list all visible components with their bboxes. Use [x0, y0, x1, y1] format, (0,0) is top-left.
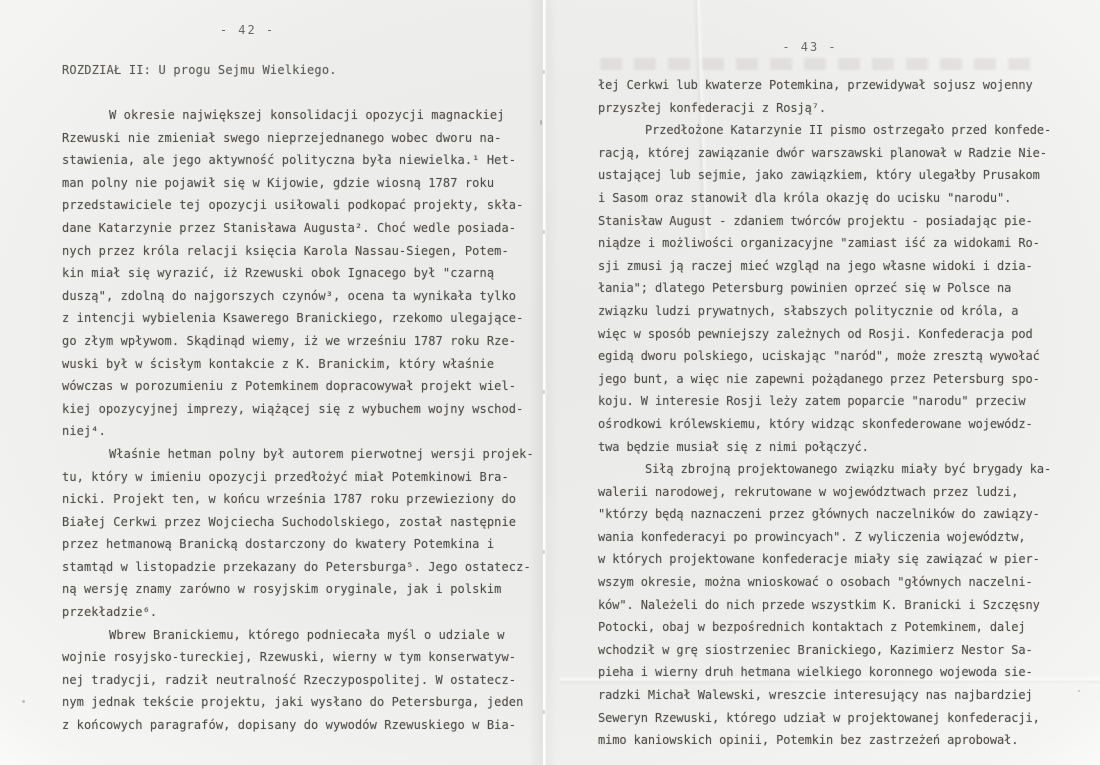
text-line: i Sasom oraz stanowił dla króla okazję d… — [598, 187, 1050, 210]
text-line: "którzy będą naznaczeni przez głównych n… — [598, 503, 1050, 526]
text-line: radzki Michał Walewski, wreszcie interes… — [598, 684, 1050, 707]
text-line: racją, której zawiązanie dwór warszawski… — [598, 142, 1050, 165]
text-line: kiej opozycyjnej imprezy, wiążącej się z… — [62, 398, 505, 421]
text-line: przedstawiciele tej opozycji usiłowali p… — [62, 194, 505, 217]
text-line: jego bunt, a więc nie zapewni pożądanego… — [598, 368, 1050, 391]
text-line: kin miał się wyrazić, iż Rzewuski obok I… — [62, 262, 505, 285]
text-line: wówczas w porozumieniu z Potemkinem dopr… — [62, 375, 505, 398]
text-line: ną wersję znamy zarówno w rosyjskim oryg… — [62, 578, 505, 601]
scanned-document-spread: - 42 - ROZDZIAŁ II: U progu Sejmu Wielki… — [0, 0, 1100, 765]
text-line: ośrodkowi królewskiemu, który widząc sko… — [598, 413, 1050, 436]
text-line: nicki. Projekt ten, w końcu września 178… — [62, 488, 505, 511]
text-line: tu, który w imieniu opozycji przedłożyć … — [62, 466, 505, 489]
text-line: Seweryn Rzewuski, którego udział w proje… — [598, 707, 1050, 730]
text-line: Stanisław August - zdaniem twórców proje… — [598, 210, 1050, 233]
text-line: dane Katarzynie przez Stanisława Augusta… — [62, 217, 505, 240]
text-line: wszym okresie, można wnioskować o osobac… — [598, 571, 1050, 594]
text-line: przekładzie⁶. — [62, 601, 505, 624]
text-line: koju. W interesie Rosji leży zatem popar… — [598, 390, 1050, 413]
text-line: wuski był w ścisłym kontakcie z K. Brani… — [62, 353, 505, 376]
text-line: Właśnie hetman polny był autorem pierwot… — [62, 443, 505, 466]
text-line: ków". Należeli do nich przede wszystkim … — [598, 594, 1050, 617]
text-line: przyszłej konfederacji z Rosją⁷. — [598, 97, 1050, 120]
text-line: twa będzie musiał się z nimi połączyć. — [598, 436, 1050, 459]
text-line: łania"; dlatego Petersburg powinien oprz… — [598, 277, 1050, 300]
text-line: stamtąd w listopadzie przekazany do Pete… — [62, 556, 505, 579]
text-line: nych przez króla relacji księcia Karola … — [62, 240, 505, 263]
text-line: wania konfederacyi po prowincyach". Z wy… — [598, 526, 1050, 549]
text-line: nej tradycji, radził neutralność Rzeczyp… — [62, 669, 505, 692]
page-number: - 42 - — [26, 23, 469, 37]
chapter-heading: ROZDZIAŁ II: U progu Sejmu Wielkiego. — [62, 63, 337, 77]
text-line: man polny nie pojawił się w Kijowie, gdz… — [62, 172, 505, 195]
text-line: niej⁴. — [62, 420, 505, 443]
text-line: z końcowych paragrafów, dopisany do wywo… — [62, 714, 505, 737]
text-line: sji zmusi ją raczej mieć wzgląd na jego … — [598, 255, 1050, 278]
text-line: Białej Cerkwi przez Wojciecha Suchodolsk… — [62, 511, 505, 534]
text-line: walerii narodowej, rekrutowane w wojewód… — [598, 481, 1050, 504]
text-line: wchodził w grę siostrzeniec Branickiego,… — [598, 639, 1050, 662]
text-line: łej Cerkwi lub kwaterze Potemkina, przew… — [598, 74, 1050, 97]
text-line: Wbrew Branickiemu, którego podniecała my… — [62, 624, 505, 647]
scan-speck — [22, 700, 25, 703]
text-line: w których projektowane konfederacje miał… — [598, 548, 1050, 571]
text-line: stawienia, ale jego aktywność polityczna… — [62, 149, 505, 172]
page-42: - 42 - ROZDZIAŁ II: U progu Sejmu Wielki… — [62, 0, 505, 765]
text-line: niądze i możliwości organizacyjne "zamia… — [598, 232, 1050, 255]
text-line: mimo kaniowskich opinii, Potemkin bez za… — [598, 729, 1050, 752]
center-fold-crease — [528, 0, 558, 765]
text-line: W okresie największej konsolidacji opozy… — [62, 104, 505, 127]
page-number: - 43 - — [584, 40, 1036, 54]
text-line: Potocki, obaj w bezpośrednich kontaktach… — [598, 616, 1050, 639]
scan-speck — [540, 120, 542, 125]
text-line: duszą", zdolną do najgorszych czynów³, o… — [62, 285, 505, 308]
text-line: pieha i wierny druh hetmana wielkiego ko… — [598, 661, 1050, 684]
page-42-body-text: W okresie największej konsolidacji opozy… — [62, 104, 505, 737]
text-line: związku ludzi prywatnych, słabszych poli… — [598, 300, 1050, 323]
text-line: Siłą zbrojną projektowanego związku miał… — [598, 458, 1050, 481]
text-line: go złym wpływom. Skądinąd wiemy, iż we w… — [62, 330, 505, 353]
text-line: Przedłożone Katarzynie II pismo ostrzega… — [598, 119, 1050, 142]
text-line: nym jednak tekście projektu, jaki wysłan… — [62, 691, 505, 714]
text-line: Rzewuski nie zmieniał swego nieprzejedna… — [62, 127, 505, 150]
text-line: przez hetmanową Branicką dostarczony do … — [62, 533, 505, 556]
text-line: więc w sposób pewniejszy zależnych od Ro… — [598, 323, 1050, 346]
text-line: z intencji wybielenia Ksawerego Branicki… — [62, 307, 505, 330]
page-43: - 43 - łej Cerkwi lub kwaterze Potemkina… — [598, 0, 1050, 765]
text-line: wojnie rosyjsko-tureckiej, Rzewuski, wie… — [62, 646, 505, 669]
text-line: ustającej lub sejmie, jako zawiązkiem, k… — [598, 164, 1050, 187]
scan-speck — [1078, 690, 1080, 692]
text-line: egidą dworu polskiego, uciskając "naród"… — [598, 345, 1050, 368]
page-43-body-text: łej Cerkwi lub kwaterze Potemkina, przew… — [598, 74, 1050, 752]
